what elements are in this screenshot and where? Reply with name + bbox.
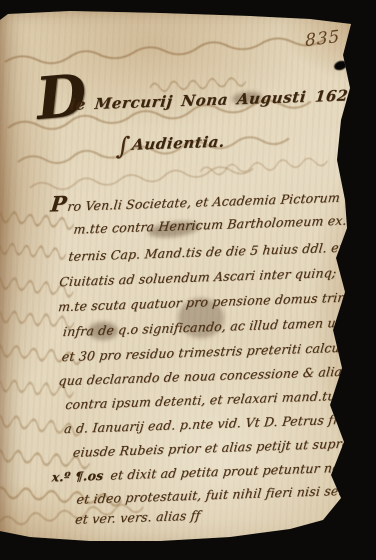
body-line: x.º ¶.oset dixit ad petita prout petuntu… — [51, 459, 376, 485]
body-line: et ver. vers. alias ff — [74, 508, 201, 527]
body-line: Pro Ven.li Societate, et Academia Pictor… — [49, 180, 376, 216]
body-line: contra ipsum detenti, et relaxari mand.t… — [65, 386, 376, 412]
body-line: eiusde Rubeis prior et alias petijt ut s… — [72, 435, 354, 459]
body-line: m.tte contra Henricum Bartholomeum ex.le… — [73, 212, 366, 237]
body-line: qua declarando de noua concessione & ali… — [58, 362, 376, 388]
manuscript-page: 835 D ie Mercurij Nona Augusti 1628. ∫Au… — [0, 0, 376, 560]
audientia-heading: ∫Audientia. — [115, 129, 226, 161]
body-line: et 30 pro residuo trimestris preteriti c… — [61, 339, 365, 364]
body-line: Ciuitatis ad soluendum Ascari inter quin… — [59, 263, 376, 289]
flourished-initial-P: P — [49, 191, 68, 217]
handwritten-text-block: D ie Mercurij Nona Augusti 1628. ∫Audien… — [0, 0, 376, 560]
body-line: et ideo protestauit, fuit nihil fieri ni… — [76, 483, 349, 507]
marginal-note: x.º ¶.os — [51, 468, 104, 485]
photo-background: 835 D ie Mercurij Nona Augusti 1628. ∫Au… — [0, 0, 376, 560]
body-line: m.te scuta quatuor pro pensione domus tr… — [57, 288, 376, 314]
date-heading: ie Mercurij Nona Augusti 1628. — [69, 86, 366, 114]
body-line: infra de q.o significando, ac illud tame… — [62, 314, 355, 339]
body-line-text: et dixit ad petita prout petuntur non te… — [110, 459, 376, 483]
audientia-label: Audientia. — [131, 133, 226, 154]
pen-flourish: ∫ — [115, 132, 131, 161]
body-line-text: ro Ven.li Societate, et Academia Pictoru… — [67, 189, 376, 214]
body-line: a d. Ianuarij ead. p.nte vid. Vt D. Petr… — [63, 411, 360, 436]
body-line: ternis Cap. Mand.tis de die 5 huius ddl.… — [68, 239, 371, 264]
